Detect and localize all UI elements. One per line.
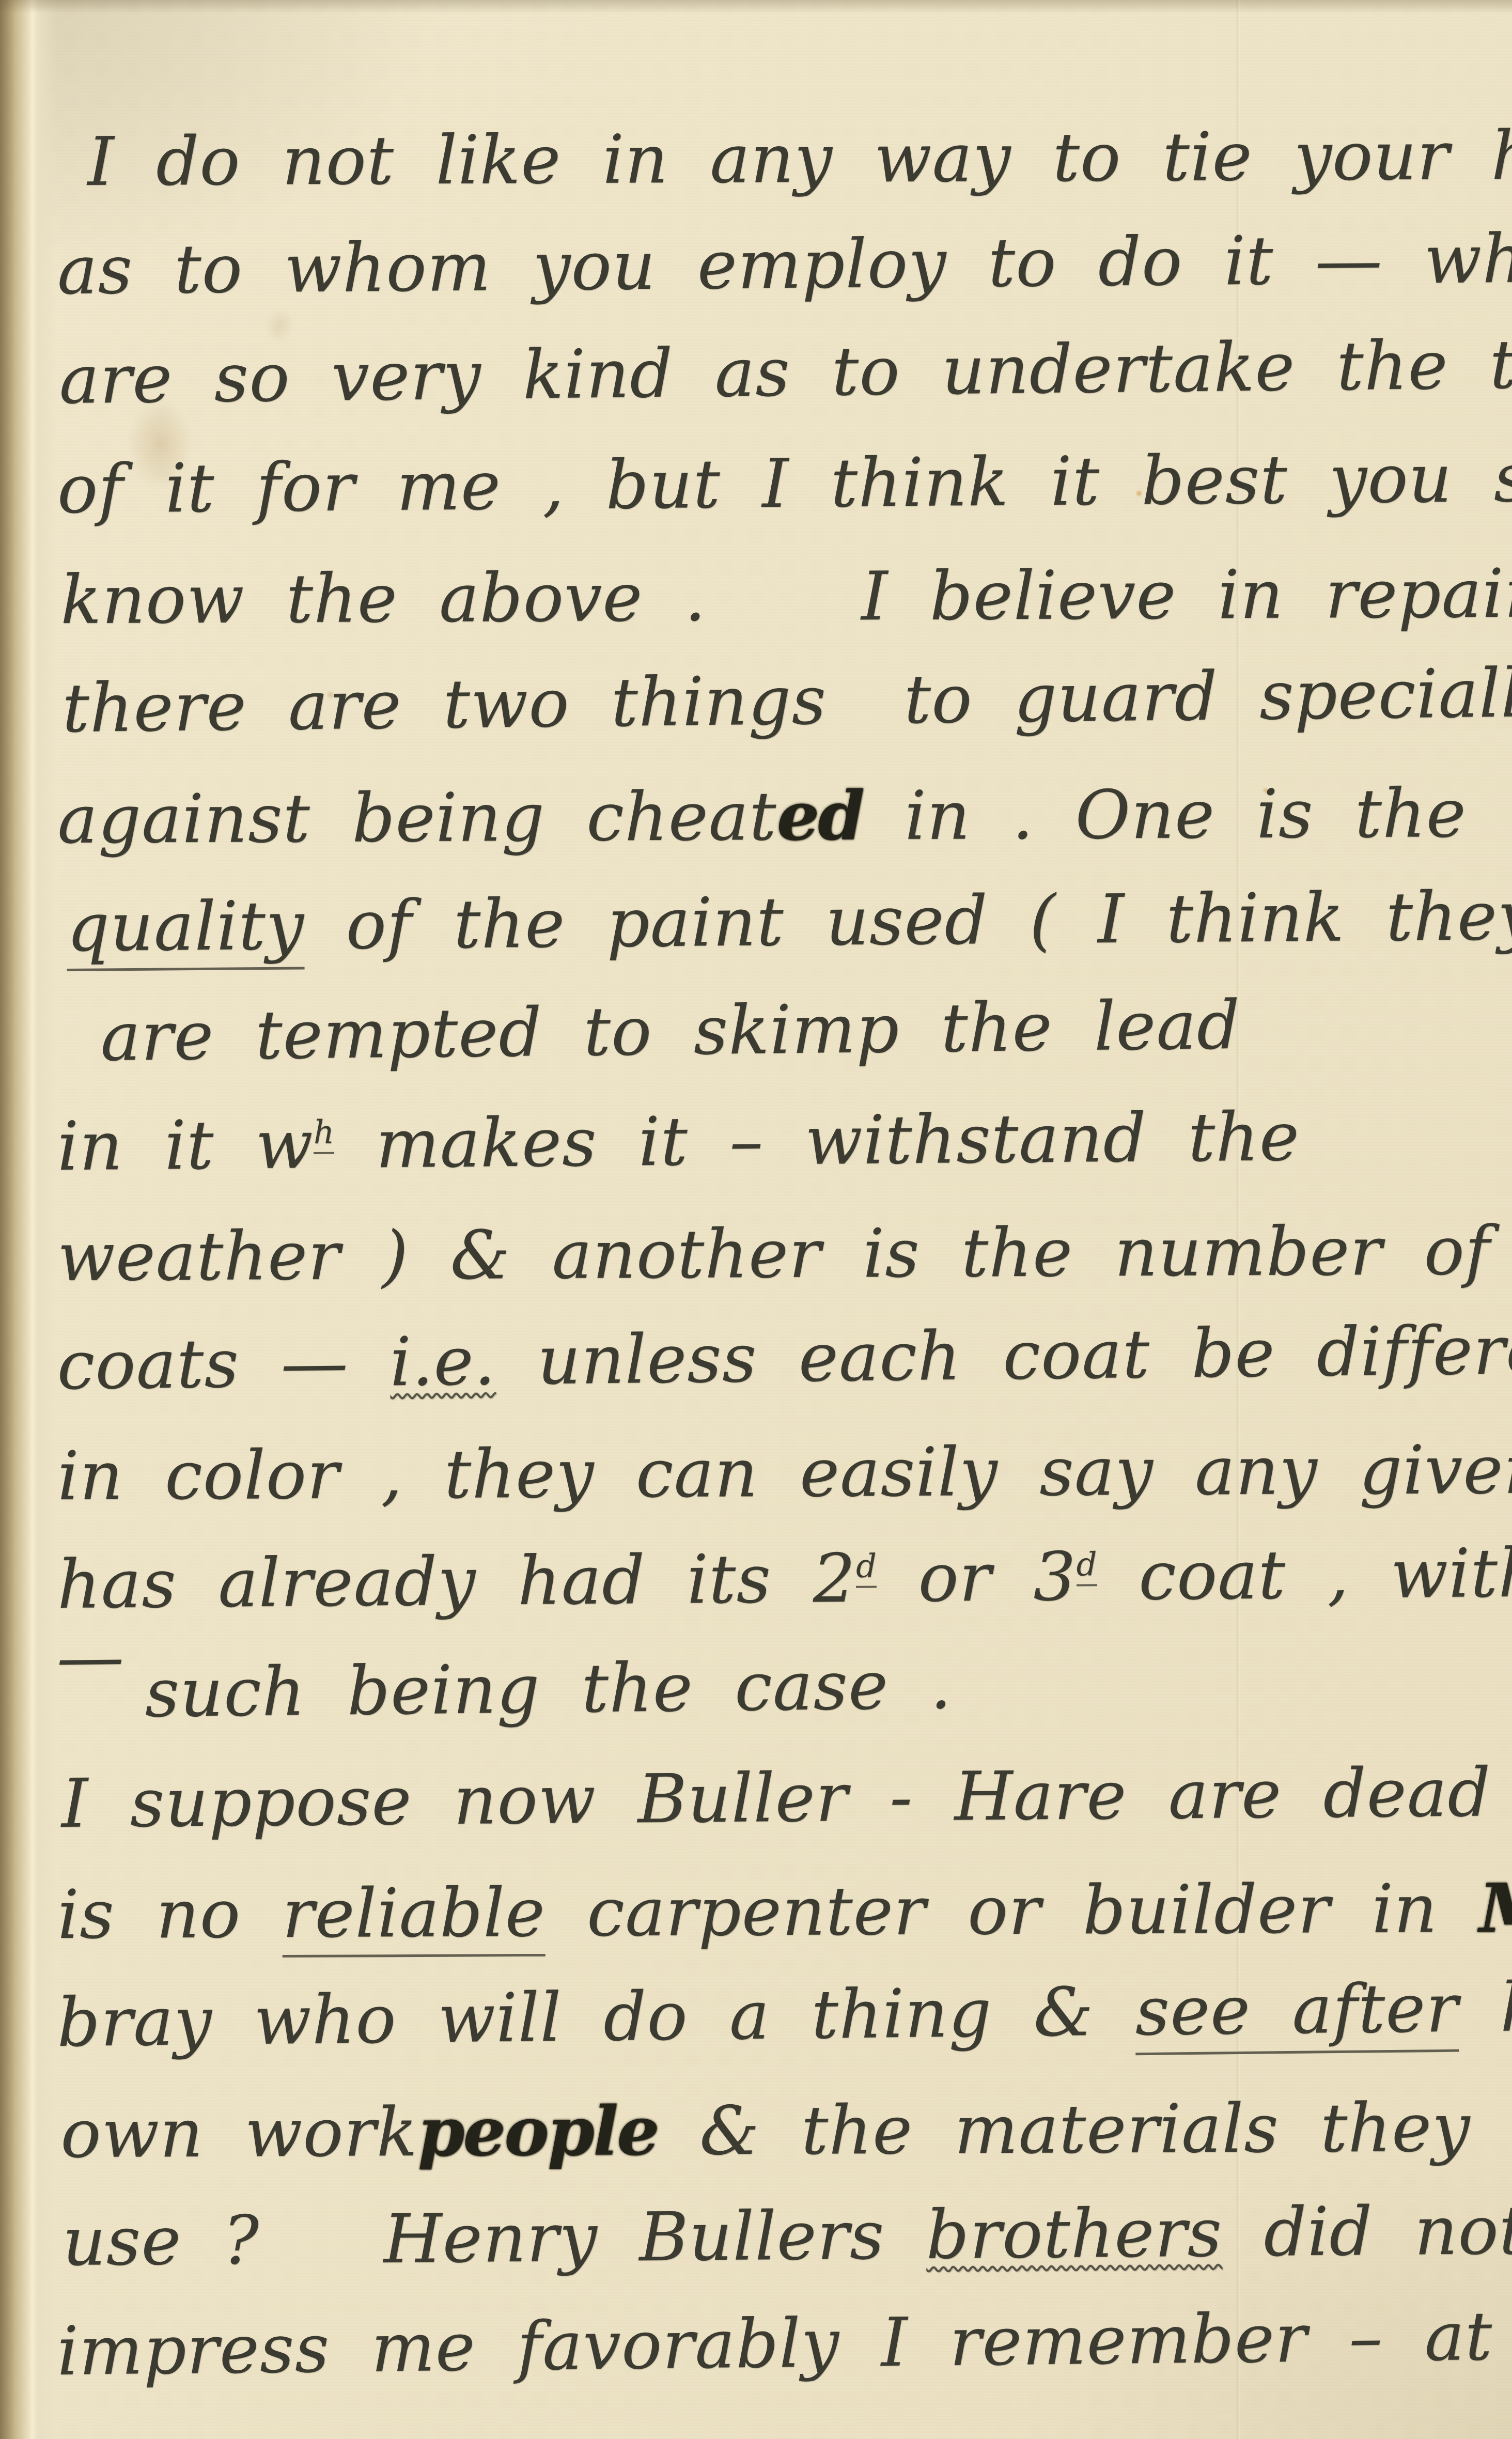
underlined-word: brothers: [926, 2193, 1223, 2274]
handwriting-text: or 3: [877, 1537, 1077, 1618]
handwriting-text: coats —: [57, 1323, 391, 1405]
handwriting-line: as to whom you employ to do it — when yo…: [57, 220, 1512, 340]
handwriting-text: did not: [1222, 2191, 1512, 2272]
overwritten-word: ed: [776, 776, 863, 856]
handwriting-line: of it for me , but I think it best you s…: [57, 439, 1512, 560]
handwriting-text: of the paint used ( I think they: [304, 877, 1512, 965]
handwriting-text: own work: [60, 2093, 418, 2173]
handwriting-text: bray who will do a thing &: [57, 1972, 1136, 2062]
handwriting-text: & the materials they: [658, 2088, 1470, 2170]
handwriting-text: against being cheat: [57, 777, 777, 859]
handwriting-line: know the above .I believe in repainting: [60, 554, 1512, 670]
handwriting-line: I suppose now Buller - Hare are dead the…: [61, 1753, 1512, 1874]
underlined-word: reliable: [282, 1873, 545, 1958]
handwriting-text: has already had its 2: [57, 1539, 856, 1624]
handwriting-text: I do not like in any way to tie your han…: [87, 115, 1512, 201]
handwriting-line: in color , they can easily say any given…: [57, 1431, 1512, 1546]
handwriting-text: impress me favorably I remember – at: [57, 2297, 1493, 2390]
handwriting-text: his: [1458, 1967, 1512, 2047]
handwriting-text: are tempted to skimp the lead: [100, 986, 1241, 1076]
handwriting-line: impress me favorably I remember – at: [57, 2297, 1512, 2421]
handwriting-text: in it w: [57, 1105, 314, 1186]
handwriting-text: there are two things: [62, 661, 827, 748]
handwriting-line: are tempted to skimp the lead: [100, 983, 1512, 1107]
handwriting-text: carpenter or builder in: [545, 1869, 1479, 1952]
handwriting-text: use ?: [62, 2201, 260, 2281]
stray-dash-mark: —: [56, 1617, 125, 1696]
superscript-abbreviation: h: [313, 1113, 334, 1154]
handwriting-line: own workpeople & the materials they: [60, 2088, 1512, 2203]
handwriting-text: of it for me , but I think it best you s…: [57, 437, 1512, 529]
underlined-word: quality: [66, 886, 305, 971]
superscript-abbreviation: d: [1076, 1545, 1097, 1586]
underlined-word: see after: [1135, 1969, 1459, 2056]
handwriting-line: bray who will do a thing & see after his: [57, 1968, 1512, 2093]
overwritten-word: people: [417, 2091, 658, 2171]
handwriting-line: use ?Henry Bullers brothers did not: [62, 2191, 1512, 2312]
handwriting-text: such being the case .: [145, 1645, 953, 1732]
handwriting-line: are so very kind as to undertake the tro…: [59, 325, 1512, 450]
handwriting-line: I do not like in any way to tie your han…: [87, 116, 1512, 232]
handwriting-line: against being cheated in . One is the: [57, 773, 1512, 889]
superscript-abbreviation: d: [856, 1547, 877, 1588]
handwriting-text: I suppose now Buller - Hare are dead the…: [61, 1751, 1512, 1843]
handwriting-text: coat , without: [1097, 1533, 1512, 1615]
handwriting-text: unless each coat be different: [495, 1310, 1512, 1400]
underlined-word: i.e.: [389, 1322, 496, 1401]
handwriting-line: —such being the case .: [57, 1640, 1512, 1764]
handwriting-line: is no reliable carpenter or builder in M…: [57, 1869, 1512, 1984]
handwriting-line: quality of the paint used ( I think they: [66, 877, 1512, 998]
handwriting-text: know the above .: [60, 558, 706, 639]
handwriting-text: in . One is the: [863, 774, 1467, 855]
overwritten-word: Mow: [1479, 1868, 1512, 1948]
handwriting-text: as to whom you employ to do it — when yo…: [57, 218, 1512, 309]
handwriting-text: weather ) & another is the number of: [57, 1211, 1490, 1296]
handwriting-line: there are two thingsto guard specially: [62, 654, 1512, 779]
handwriting-text: makes it – withstand the: [334, 1097, 1300, 1184]
page-top-edge-shadow: [0, 0, 1512, 13]
handwriting-text: to guard specially: [903, 654, 1512, 739]
handwriting-line: weather ) & another is the number of: [57, 1211, 1512, 1327]
handwriting-text: in color , they can easily say any given…: [57, 1430, 1512, 1515]
handwriting-line: coats — i.e. unless each coat be differe…: [57, 1311, 1512, 1436]
handwriting-line: has already had its 2d or 3d coat , with…: [57, 1534, 1512, 1655]
handwriting-text: Henry Bullers: [383, 2196, 927, 2278]
handwriting-line: in it wh makes it – withstand the: [57, 1096, 1512, 1217]
letter-page: I do not like in any way to tie your han…: [0, 0, 1512, 2439]
handwriting-block: I do not like in any way to tie your han…: [0, 121, 1512, 2421]
handwriting-text: is no: [57, 1874, 283, 1954]
handwriting-text: I believe in repainting: [861, 553, 1512, 635]
